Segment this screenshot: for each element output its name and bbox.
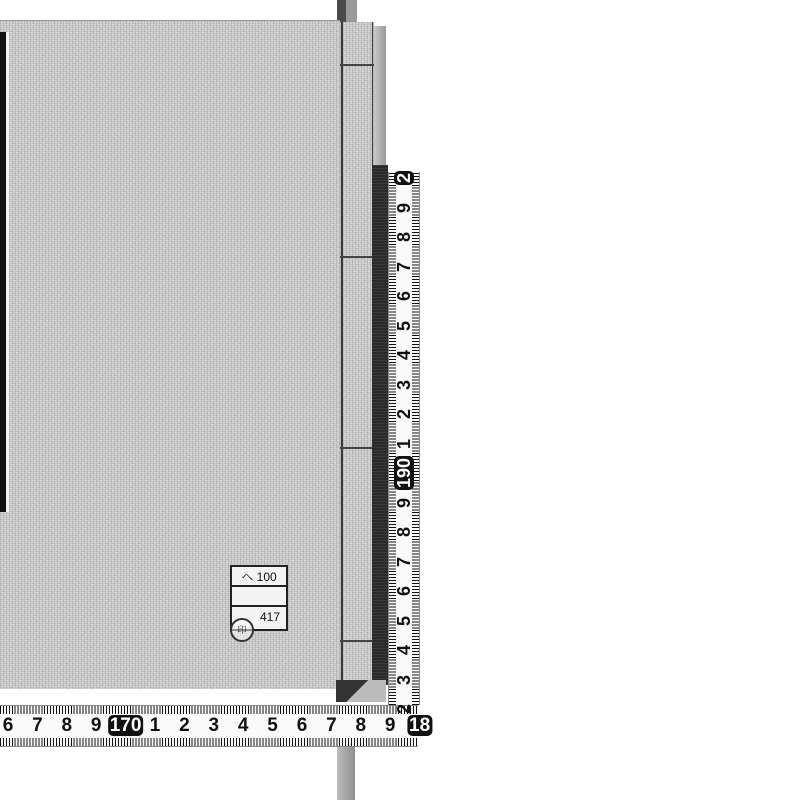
- ruler-number: 2: [395, 409, 413, 419]
- ruler-number: 8: [395, 232, 413, 242]
- ruler-number: 7: [32, 716, 43, 736]
- cover-left-edge-highlight: [6, 32, 9, 512]
- ruler-number: 7: [395, 261, 413, 271]
- ruler-number: 8: [62, 716, 73, 736]
- binding-stitch: [340, 447, 374, 449]
- ruler-number: 6: [3, 716, 14, 736]
- ruler-number: 6: [297, 716, 308, 736]
- ruler-number: 7: [395, 556, 413, 566]
- ruler-number: 9: [385, 716, 396, 736]
- vertical-ruler: 298765432119098765432: [388, 172, 420, 705]
- ruler-number: 4: [395, 350, 413, 360]
- ruler-number: 3: [209, 716, 220, 736]
- ruler-number: 2: [395, 704, 413, 714]
- ruler-number: 9: [395, 202, 413, 212]
- ruler-ticks: [0, 706, 418, 714]
- seal-stamp-icon: 印: [230, 618, 254, 642]
- ruler-number: 7: [326, 716, 337, 736]
- binding-line: [341, 22, 343, 688]
- ruler-number: 18: [407, 716, 432, 736]
- binding-stitch: [340, 64, 374, 66]
- ruler-number: 170: [108, 716, 144, 736]
- horizontal-ruler: 678917012345678918: [0, 705, 418, 747]
- ruler-number: 2: [395, 171, 413, 185]
- top-rod: [337, 0, 357, 22]
- ruler-number: 190: [395, 456, 413, 490]
- book-spine-shadow: [372, 165, 388, 685]
- book-base-shadow: [336, 680, 386, 702]
- book-binding: [340, 22, 374, 688]
- ruler-number: 3: [395, 379, 413, 389]
- ruler-number: 5: [395, 320, 413, 330]
- ruler-number: 1: [150, 716, 161, 736]
- binding-stitch: [340, 640, 374, 642]
- book-cover: [0, 20, 340, 689]
- ruler-number: 4: [395, 645, 413, 655]
- ruler-number: 9: [395, 497, 413, 507]
- ruler-number: 2: [179, 716, 190, 736]
- scan-scene: ヘ 100 417 印 678917012345678918 298765432…: [0, 0, 800, 800]
- ruler-number: 1: [395, 438, 413, 448]
- label-row-1: ヘ 100: [232, 567, 286, 587]
- ruler-number: 8: [395, 527, 413, 537]
- ruler-number: 6: [395, 586, 413, 596]
- ruler-number: 5: [267, 716, 278, 736]
- ruler-number: 9: [91, 716, 102, 736]
- ruler-number: 8: [356, 716, 367, 736]
- ruler-number: 4: [238, 716, 249, 736]
- binding-stitch: [340, 256, 374, 258]
- ruler-number: 6: [395, 291, 413, 301]
- ruler-number: 5: [395, 615, 413, 625]
- ruler-number: 3: [395, 674, 413, 684]
- ruler-ticks: [0, 738, 418, 746]
- label-row-2: [232, 587, 286, 607]
- bottom-rod: [337, 745, 355, 800]
